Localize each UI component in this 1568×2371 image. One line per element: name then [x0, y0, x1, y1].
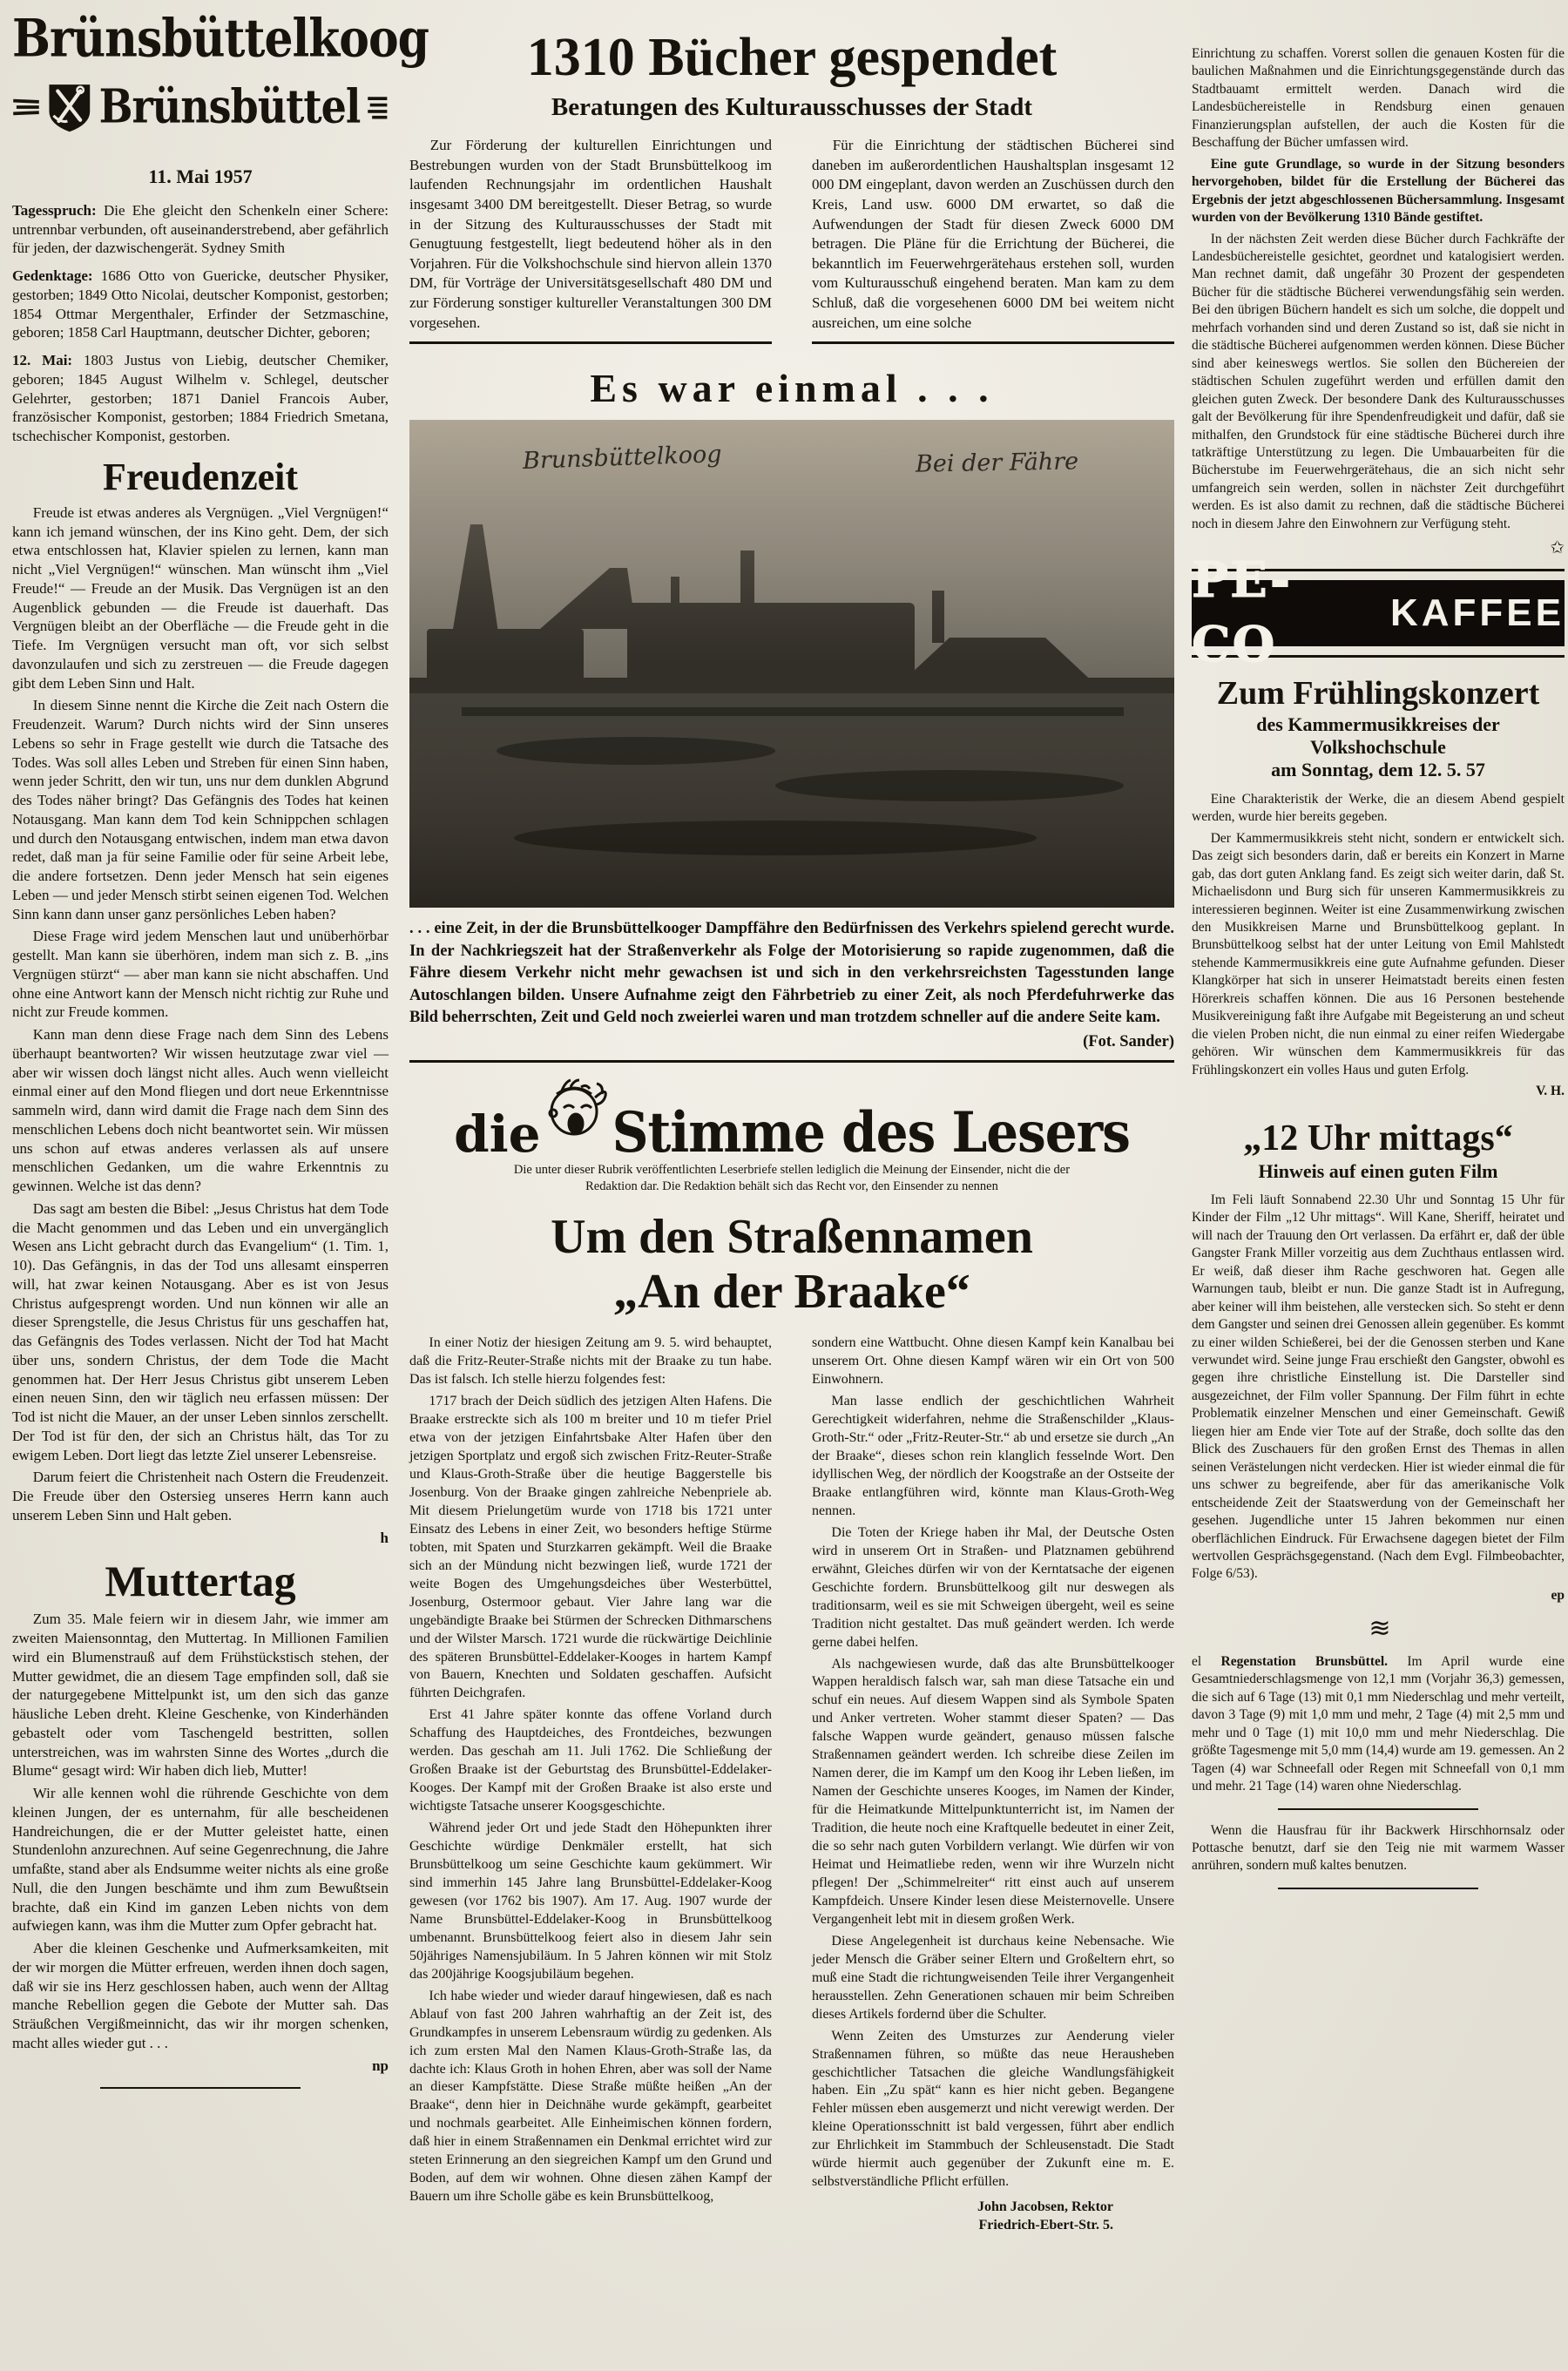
letter-paragraph: Erst 41 Jahre später konnte das offene V… [409, 1706, 772, 1816]
muttertag-paragraph: Zum 35. Male feiern wir in diesem Jahr, … [12, 1610, 389, 1780]
letter-paragraph: Ich habe wieder und wieder darauf hingew… [409, 1988, 772, 2206]
freudenzeit-author-mark: h [12, 1529, 389, 1548]
divider [1278, 1808, 1478, 1810]
freudenzeit-paragraph: In diesem Sinne nennt die Kirche die Zei… [12, 696, 389, 923]
letter-paragraph: Während jeder Ort und jede Stadt den Höh… [409, 1820, 772, 1984]
stimme-rubric: Die unter dieser Rubrik veröffentlichten… [513, 1162, 1071, 1196]
squiggle-ornament: ≋ [1192, 1611, 1565, 1646]
divider [812, 341, 1174, 344]
letter-paragraph: Diese Angelegenheit ist durchaus keine N… [812, 1933, 1174, 2024]
gedenktage: Gedenktage: 1686 Otto von Guericke, deut… [12, 267, 389, 342]
letter-paragraph: Wenn Zeiten des Umsturzes zur Aenderung … [812, 2028, 1174, 2192]
masthead-title-line1: Brünsbüttelkoog [12, 12, 389, 67]
newspaper-page: Brünsbüttelkoog Brünsbüttel [0, 0, 1568, 2371]
stimme-logo-text: Stimme des Lesers [612, 1107, 1130, 1157]
article-headline: 1310 Bücher gespendet [409, 30, 1174, 86]
film-author-mark: ep [1192, 1587, 1565, 1604]
masthead: Brünsbüttelkoog Brünsbüttel [12, 16, 389, 149]
photo-label-right: Bei der Fähre [916, 449, 1079, 478]
freudenzeit-paragraph: Das sagt am besten die Bibel: „Jesus Chr… [12, 1199, 389, 1465]
article-continuation-bold: Eine gute Grundlage, so wurde in der Sit… [1192, 156, 1565, 227]
date: 11. Mai 1957 [12, 165, 389, 189]
ferry-photo: Brunsbüttelkoog Bei der Fähre [409, 420, 1174, 908]
divider [100, 2087, 301, 2089]
article-paragraph: Zur Förderung der kulturellen Einrichtun… [409, 136, 772, 333]
stimme-des-lesers-logo: die Stimme des Lesers [409, 1071, 1174, 1155]
freudenzeit-paragraph: Kann man denn diese Frage nach dem Sinn … [12, 1025, 389, 1196]
flourish-left-icon [12, 90, 40, 125]
masthead-title-line2: Brünsbüttel [99, 78, 361, 137]
coat-of-arms-icon [47, 65, 92, 149]
konzert-subhead: des Kammermusikkreises der Volkshochschu… [1192, 713, 1565, 782]
konzert-author-mark: V. H. [1192, 1083, 1565, 1100]
letter-paragraph: Die Toten der Kriege haben ihr Mal, der … [812, 1524, 1174, 1652]
freudenzeit-heading: Freudenzeit [12, 458, 389, 496]
tagesspruch-author: Sydney Smith [201, 240, 285, 256]
film-paragraph: Im Feli läuft Sonnabend 22.30 Uhr und So… [1192, 1192, 1565, 1584]
peco-product: KAFFEE [1390, 588, 1565, 638]
tagesspruch: Tagesspruch: Die Ehe gleicht den Schenke… [12, 201, 389, 258]
letter-paragraph: 1717 brach der Deich südlich des jetzige… [409, 1393, 772, 1703]
muttertag-heading: Muttertag [12, 1559, 389, 1603]
letter-paragraph: Man lasse endlich der geschichtlichen Wa… [812, 1393, 1174, 1521]
stimme-logo-prefix: die [454, 1114, 541, 1154]
regen-label: Regenstation Brunsbüttel. [1221, 1654, 1389, 1669]
article-continuation: In der nächsten Zeit werden diese Bücher… [1192, 231, 1565, 534]
konzert-paragraph: Eine Charakteristik der Werke, die an di… [1192, 791, 1565, 827]
gedenktage-label: Gedenktage: [12, 267, 93, 284]
article-subhead: Beratungen des Kulturausschusses der Sta… [409, 93, 1174, 122]
film-heading: „12 Uhr mittags“ [1192, 1120, 1565, 1157]
muttertag-author-mark: np [12, 2057, 389, 2076]
letter-headline: Um den Straßennamen „An der Braake“ [409, 1210, 1174, 1319]
left-column: Brünsbüttelkoog Brünsbüttel [12, 16, 389, 2101]
hausfrau-tip: Wenn die Hausfrau für ihr Backwerk Hirsc… [1192, 1822, 1565, 1875]
freudenzeit-paragraph: Freude ist etwas anderes als Vergnügen. … [12, 503, 389, 693]
divider [1278, 1888, 1478, 1889]
freudenzeit-paragraph: Diese Frage wird jedem Menschen laut und… [12, 927, 389, 1022]
muttertag-paragraph: Aber die kleinen Geschenke und Aufmerksa… [12, 1939, 389, 2053]
letter-paragraph: In einer Notiz der hiesigen Zeitung am 9… [409, 1334, 772, 1389]
photo-credit: (Fot. Sander) [409, 1033, 1174, 1051]
mai12-label: 12. Mai: [12, 352, 72, 368]
tagesspruch-label: Tagesspruch: [12, 202, 97, 219]
film-subhead: Hinweis auf einen guten Film [1192, 1160, 1565, 1183]
right-column: Einrichtung zu schaffen. Vorerst sollen … [1192, 45, 1565, 1902]
konzert-heading: Zum Frühlingskonzert [1192, 677, 1565, 710]
muttertag-paragraph: Wir alle kennen wohl die rührende Geschi… [12, 1784, 389, 1935]
regen-report: el Regenstation Brunsbüttel. Im April wu… [1192, 1653, 1565, 1796]
article-body: Zur Förderung der kulturellen Einrichtun… [409, 136, 1174, 353]
ferry-photo-art [409, 420, 1174, 908]
feature-heading: Es war einmal . . . [409, 365, 1174, 411]
divider [409, 341, 772, 344]
middle-section: 1310 Bücher gespendet Beratungen des Kul… [409, 7, 1174, 2239]
letter-body: In einer Notiz der hiesigen Zeitung am 9… [409, 1334, 1174, 2239]
letter-paragraph: sondern eine Wattbucht. Ohne diesen Kamp… [812, 1334, 1174, 1389]
photo-caption: . . . eine Zeit, in der die Brunsbüttelk… [409, 918, 1174, 1030]
flourish-right-icon [367, 88, 389, 126]
peco-kaffee-ad: PE-CO KAFFEE [1192, 580, 1565, 646]
divider [409, 1060, 1174, 1063]
konzert-paragraph: Der Kammermusikkreis steht nicht, sonder… [1192, 830, 1565, 1079]
freudenzeit-paragraph: Darum feiert die Christenheit nach Oster… [12, 1468, 389, 1524]
peco-brand: PE-CO [1192, 549, 1371, 678]
article-paragraph: Für die Einrichtung der städtischen Büch… [812, 136, 1174, 333]
reader-face-icon [544, 1071, 609, 1155]
letter-signature: John Jacobsen, Rektor Friedrich-Ebert-St… [812, 2199, 1174, 2235]
gedenktage-12-mai: 12. Mai: 1803 Justus von Liebig, deutsch… [12, 351, 389, 446]
article-continuation: Einrichtung zu schaffen. Vorerst sollen … [1192, 45, 1565, 152]
letter-paragraph: Als nachgewiesen wurde, daß das alte Bru… [812, 1656, 1174, 1929]
